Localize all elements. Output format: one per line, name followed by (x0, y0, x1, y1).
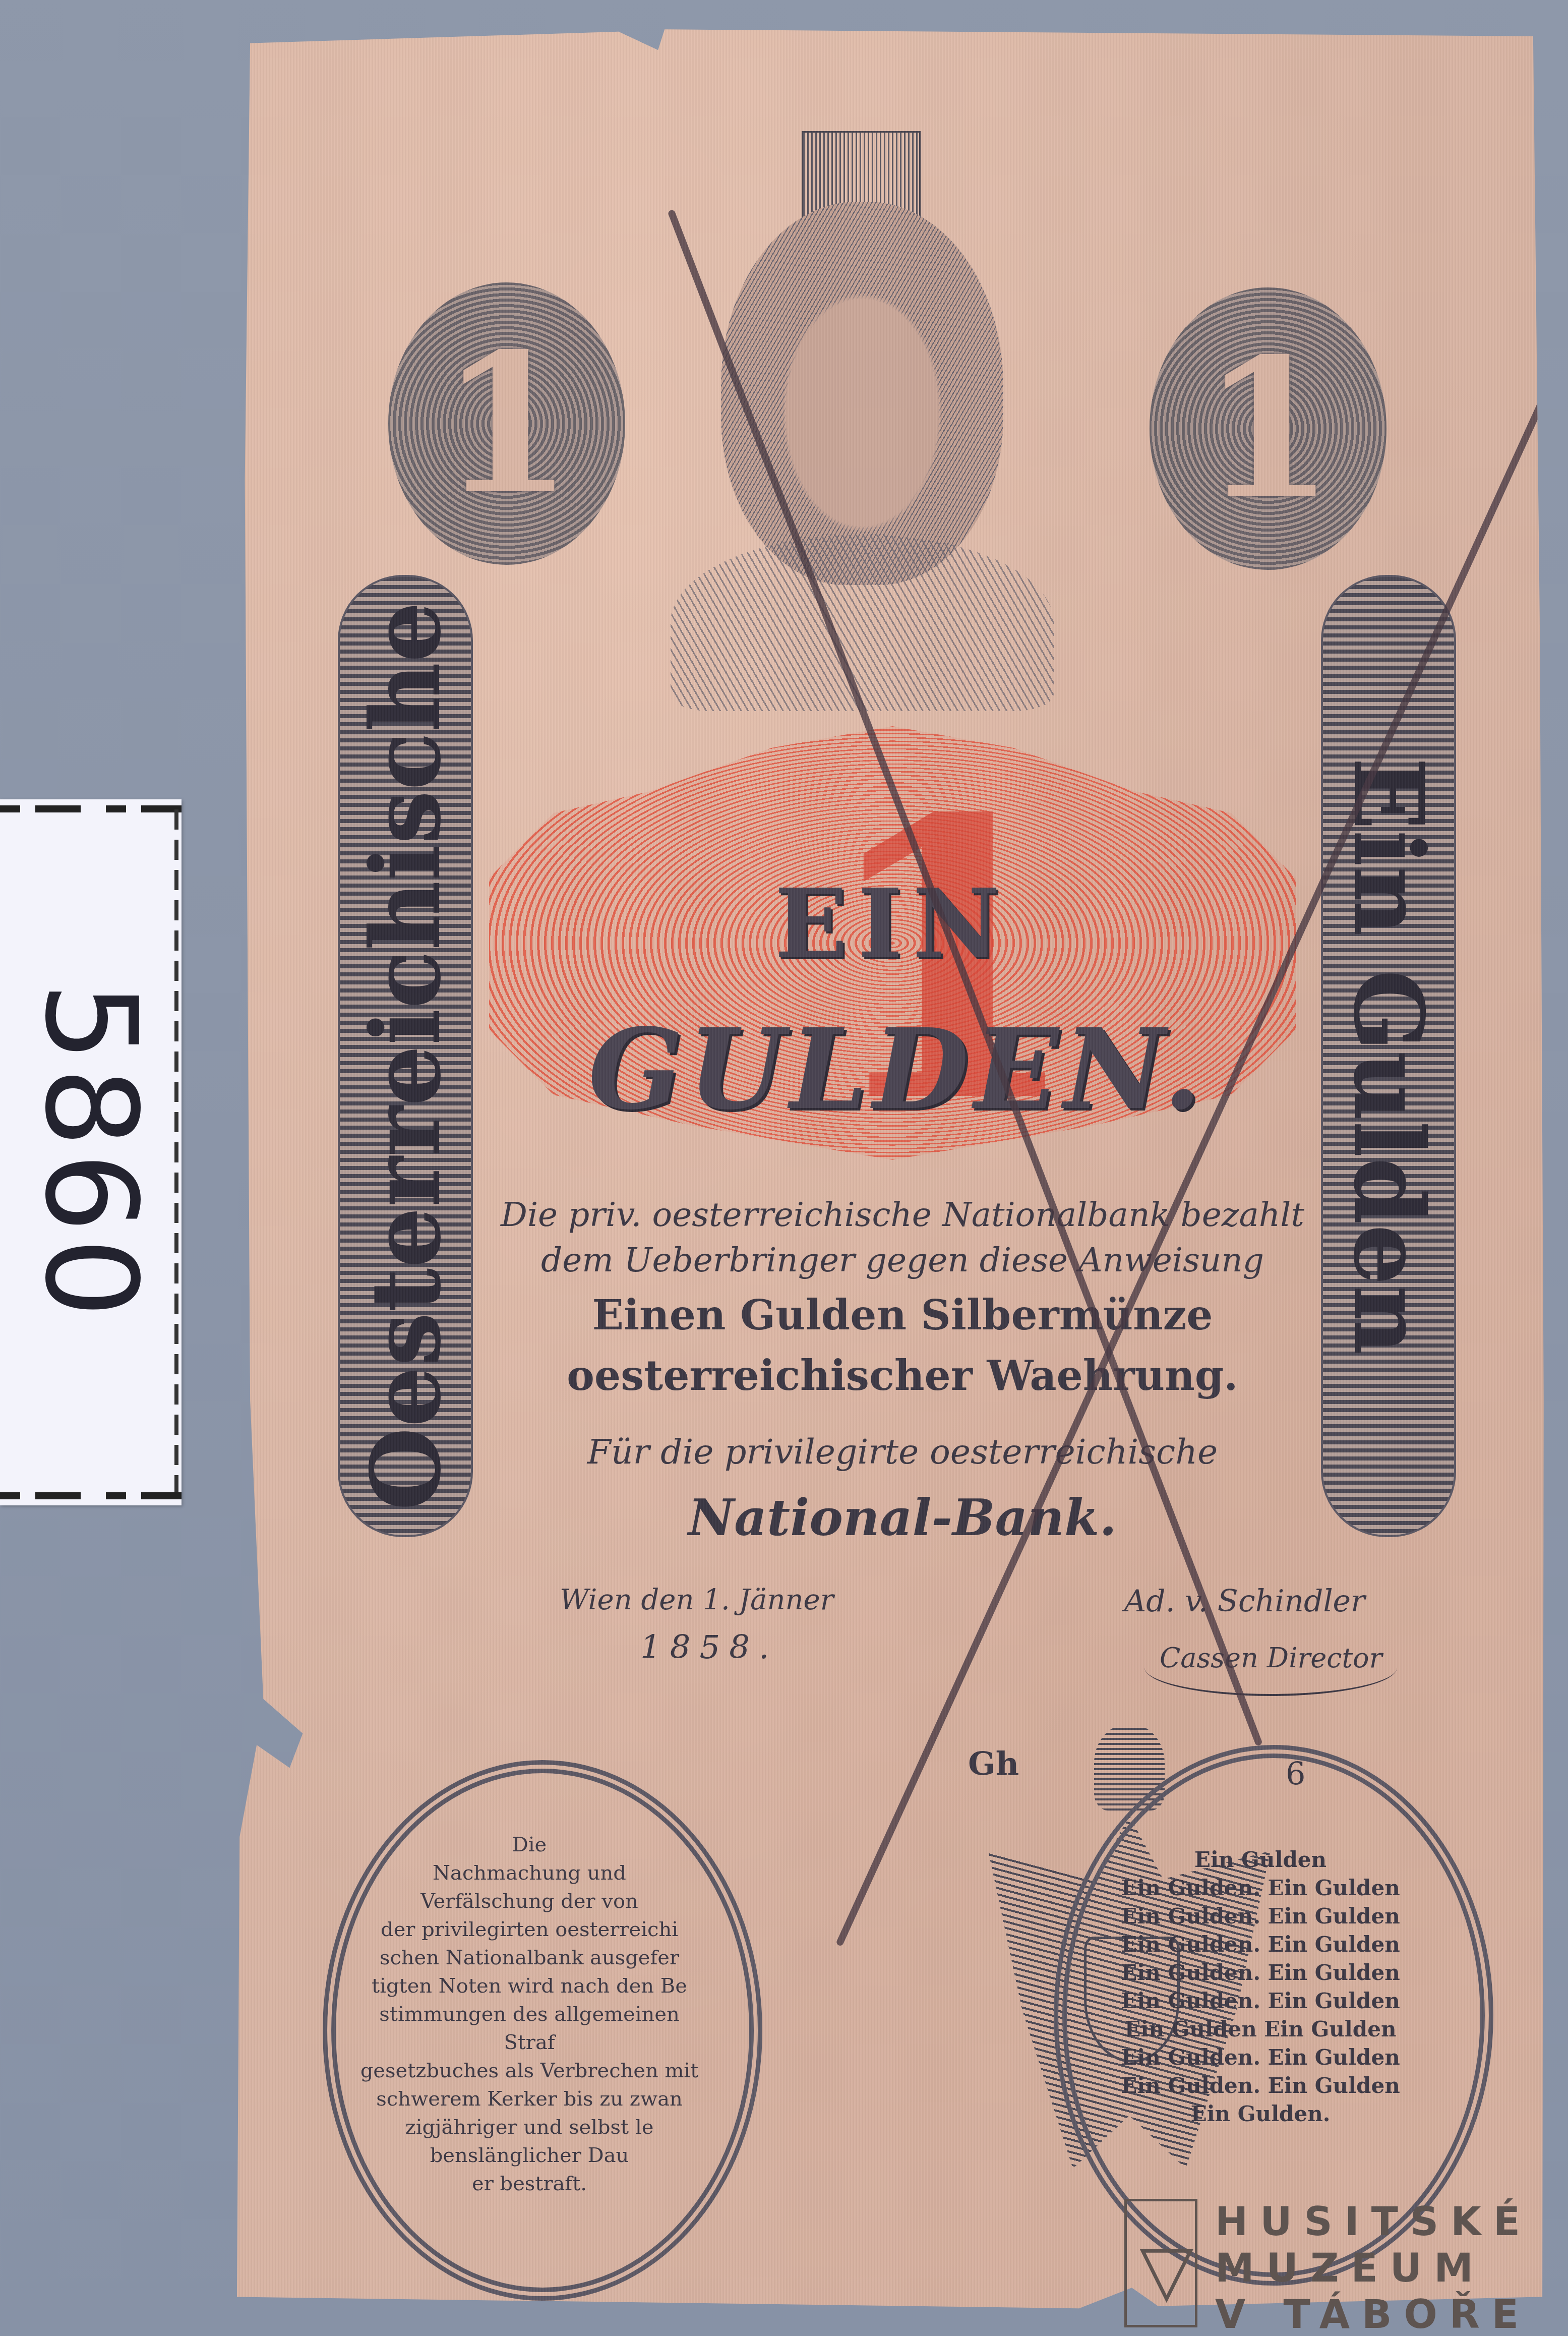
cancellation-stroke (835, 365, 1561, 1947)
bank-name: National-Bank. (489, 1488, 1316, 1547)
museum-name-line: HUSITSKÉ (1215, 2199, 1532, 2245)
inventory-number: 5860 (18, 982, 164, 1323)
banknote: 1 1 1 EIN GULDEN. Oesterreichische Ein G… (237, 20, 1553, 2320)
chalice-icon: ▽ (1139, 2229, 1194, 2311)
oval-text-line: tigten Noten wird nach den Be (358, 1972, 701, 2000)
place-date: Wien den 1. Jänner (560, 1584, 833, 1616)
oval-text-line: schwerem Kerker bis zu zwan (358, 2085, 701, 2113)
allegorical-portrait (671, 131, 1054, 711)
side-text-right: Ein Gulden (1333, 757, 1445, 1355)
museum-name-line: V TÁBOŘE (1215, 2292, 1532, 2336)
counterfeit-warning-text: DieNachmachung undVerfälschung der vonde… (358, 1831, 701, 2198)
oval-text-line: Ein Gulden Ein Gulden (1094, 2015, 1427, 2043)
oval-text-line: Verfälschung der von (358, 1887, 701, 1915)
oval-text-line: Ein Gulden (1094, 1846, 1427, 1874)
oval-text-line: Die (358, 1831, 701, 1859)
portrait-head (721, 202, 1003, 585)
oval-text-line: Ein Gulden. Ein Gulden (1094, 1902, 1427, 1931)
denomination-rosette-left: 1 (388, 282, 625, 565)
mural-crown-icon (802, 131, 921, 225)
eagle-body (988, 1816, 1271, 2169)
label-dashed-border-top (0, 805, 182, 812)
side-panel-right: Ein Gulden (1321, 575, 1456, 1537)
oval-text-line: Ein Gulden. Ein Gulden (1094, 1987, 1427, 2015)
denomination-numeral: 1 (1201, 316, 1335, 542)
museum-name-line: MUZEUM (1215, 2245, 1532, 2292)
oval-text-line: der privilegirten oesterreichi (358, 1915, 701, 1944)
oval-text-line: er bestraft. (358, 2170, 701, 2198)
body-text-line: oesterreichischer Waehrung. (489, 1352, 1316, 1400)
denomination-rosette-right: 1 (1150, 287, 1386, 570)
side-panel-left: Oesterreichische (338, 575, 473, 1537)
coat-of-arms-shield-icon (1084, 1937, 1180, 2063)
oval-text-line: zigjähriger und selbst le (358, 2113, 701, 2141)
serial-number: 6 (1286, 1755, 1305, 1792)
oval-text-line: benslänglicher Dau (358, 2141, 701, 2170)
oval-frame-left (323, 1760, 762, 2301)
oval-text-line: Ein Gulden. Ein Gulden (1094, 1874, 1427, 1902)
body-text-line: Einen Gulden Silbermünze (489, 1291, 1316, 1339)
body-text-line: Die priv. oesterreichische Nationalbank … (489, 1195, 1316, 1234)
denomination-title-line2: GULDEN. (469, 1004, 1326, 1134)
oval-text-line: Ein Gulden. Ein Gulden (1094, 2043, 1427, 2072)
ein-gulden-repeat-text: Ein GuldenEin Gulden. Ein GuldenEin Guld… (1094, 1846, 1427, 2128)
body-text-line: dem Ueberbringer gegen diese Anweisung (489, 1241, 1316, 1279)
oval-text-line: Ein Gulden. Ein Gulden (1094, 1931, 1427, 1959)
denomination-title-line1: EIN (489, 867, 1296, 980)
issue-year: 1858. (640, 1629, 778, 1666)
laurel-wreath-icon (671, 535, 1054, 711)
oval-text-line: Ein Gulden. Ein Gulden (1094, 2072, 1427, 2100)
red-guilloche-panel (489, 726, 1296, 1160)
body-text-line: Für die privilegirte oesterreichische (489, 1432, 1316, 1472)
oval-text-line: stimmungen des allgemeinen Straf (358, 2000, 701, 2057)
label-dashed-border-bottom (0, 1492, 182, 1499)
denomination-numeral: 1 (440, 311, 573, 537)
oval-text-line: Ein Gulden. Ein Gulden (1094, 1959, 1427, 1987)
series-letter: Gh (968, 1745, 1019, 1783)
oval-text-line: schen Nationalbank ausgefer (358, 1944, 701, 1972)
oval-text-line: Nachmachung und (358, 1859, 701, 1887)
inventory-label: 5860 (0, 799, 182, 1505)
museum-watermark: ▽ HUSITSKÉ MUZEUM V TÁBOŘE (1119, 2184, 1553, 2325)
museum-name: HUSITSKÉ MUZEUM V TÁBOŘE (1215, 2199, 1532, 2336)
imperial-crown-icon (1094, 1725, 1165, 1811)
signature: Ad. v. Schindler (1124, 1584, 1365, 1619)
red-numeral-underprint: 1 (817, 736, 1083, 1187)
label-dashed-border-right (174, 809, 178, 1495)
cancellation-stroke (667, 209, 1262, 1746)
signature-title: Cassen Director (1144, 1639, 1397, 1696)
side-text-left: Oesterreichische (349, 602, 462, 1511)
oval-text-line: gesetzbuches als Verbrechen mit (358, 2057, 701, 2085)
oval-text-line: Ein Gulden. (1094, 2100, 1427, 2128)
double-headed-eagle-icon (968, 1725, 1291, 2179)
